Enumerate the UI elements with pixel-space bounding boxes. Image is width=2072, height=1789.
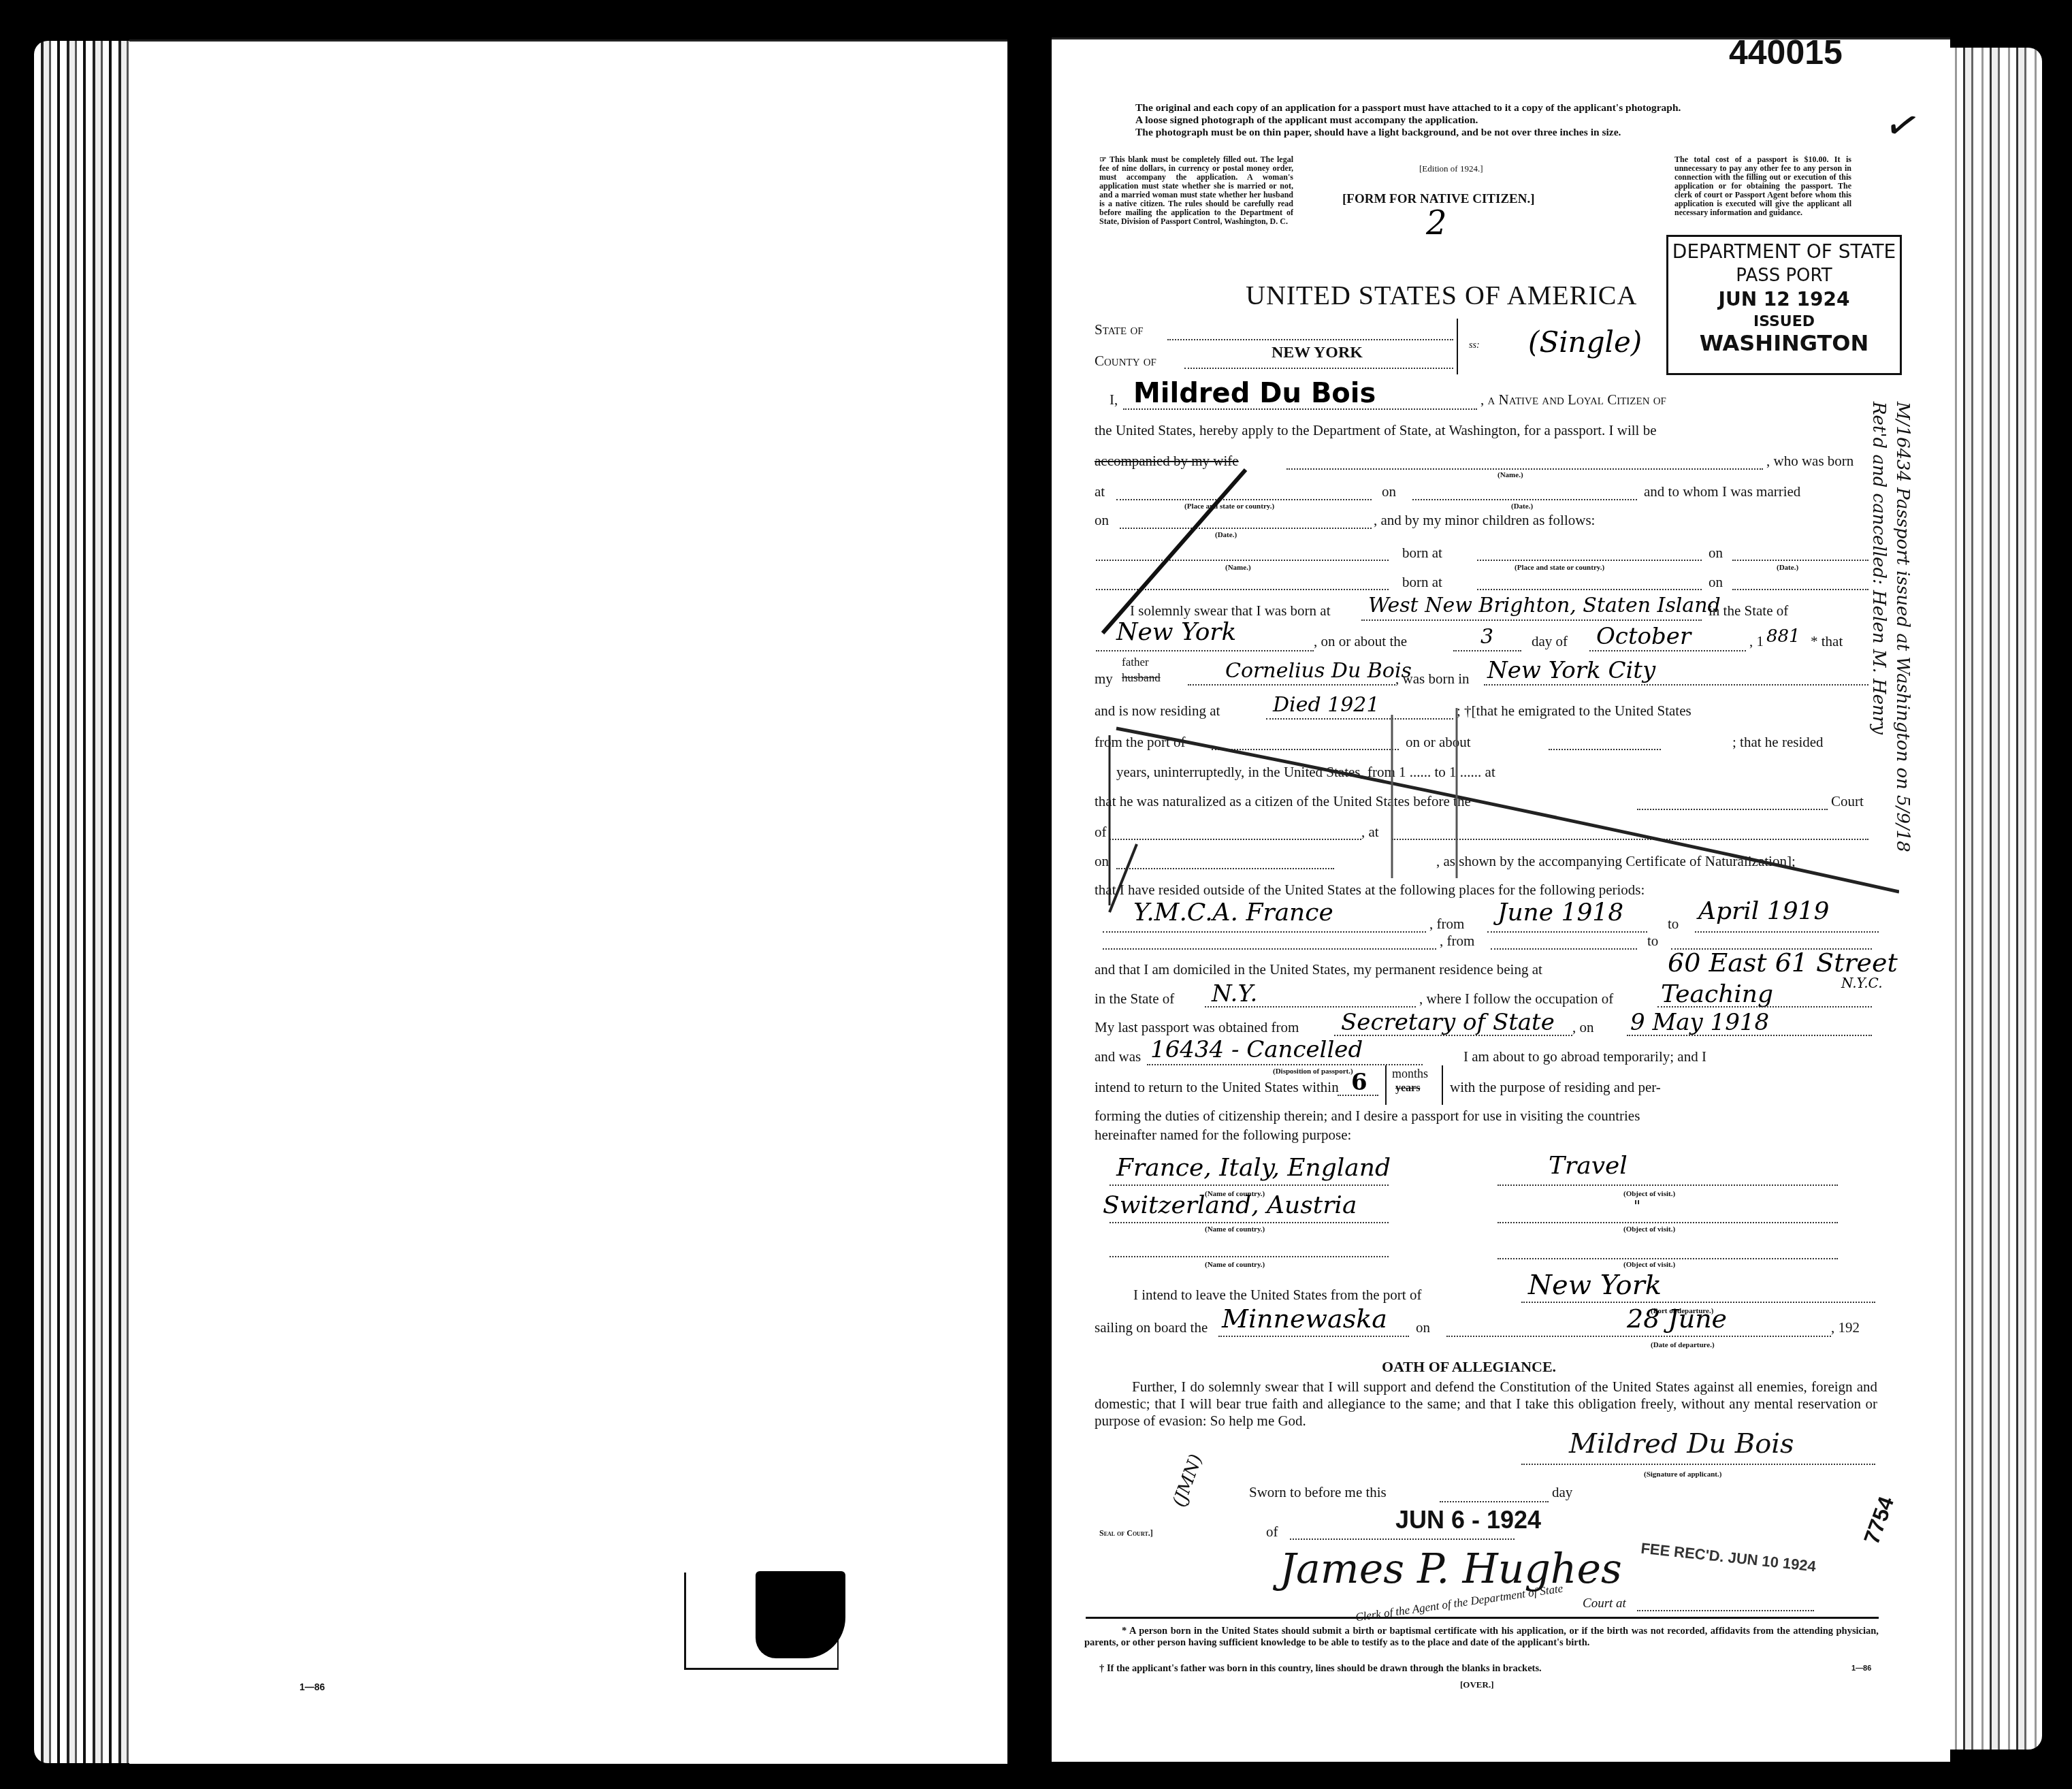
residence-abroad-from-field-2 [1491,948,1637,950]
sworn-day-field [1440,1501,1549,1502]
margin-note-cancelled: Ret'd and cancelled: Helen M. Henry [1868,402,1889,735]
purpose-line-2: forming the duties of citizenship therei… [1095,1108,1640,1125]
husband-struck-label: husband [1122,671,1161,685]
country-3-field [1110,1256,1389,1257]
applicant-name-field [1123,408,1477,410]
footnote-father-brackets: † If the applicant's father was born in … [1099,1663,1542,1675]
intend-return-label: intend to return to the United States wi… [1095,1079,1339,1096]
country-1-field [1110,1184,1389,1186]
residence-abroad-to: April 1919 [1698,897,1829,925]
label-object-1: (Object of visit.) [1623,1190,1675,1198]
father-label: father [1122,656,1149,669]
book-page-edges-right [1947,48,2042,1750]
residence-state: N.Y. [1212,980,1257,1008]
object-1-field [1498,1184,1838,1186]
birth-state-field [1096,650,1314,651]
bracket-right [1442,1065,1443,1105]
country-2: Switzerland, Austria [1103,1191,1357,1219]
instructions-right-column: The total cost of a passport is $10.00. … [1674,155,1851,217]
to-label: to [1668,916,1679,933]
label-object-2: (Object of visit.) [1623,1225,1675,1234]
label-child-place: (Place and state or country.) [1515,564,1604,572]
label-date: (Date.) [1511,502,1533,511]
applicant-name: Mildred Du Bois [1133,378,1376,409]
occupation: Teaching [1661,980,1773,1008]
swear-prefix: I solemnly swear that I was born at [1130,602,1331,619]
residence-abroad-from-field [1487,931,1647,933]
label-object-3: (Object of visit.) [1623,1261,1675,1269]
months-label: months [1392,1067,1428,1081]
child-1-on: on [1709,545,1723,562]
birth-state: New York [1116,618,1236,646]
residence-abroad-place: Y.M.C.A. France [1133,899,1333,926]
last-passport-from-field [1334,1035,1572,1036]
my-label: my [1095,671,1113,688]
instruction-line-3: The photograph must be on thin paper, sh… [1135,127,1621,139]
of-label-2: of [1266,1524,1278,1541]
birth-year: 881 [1766,626,1800,647]
child-1-date-field [1732,560,1868,561]
state-of-label: in the State of [1709,602,1788,619]
sailing-label: sailing on board the [1095,1319,1208,1336]
father-birthplace-field [1484,684,1868,686]
birth-place: West New Brighton, Staten Island [1368,594,1721,617]
birth-month-field [1589,650,1746,651]
stamp-date: JUN 12 1924 [1668,290,1900,309]
stamp-line-issued: ISSUED [1668,315,1900,329]
last-passport-from: Secretary of State [1341,1009,1555,1036]
departure-year: , 192 [1831,1319,1860,1336]
photo-residue [756,1571,845,1658]
instructions-left-column: ☞ This blank must be completely filled o… [1099,155,1293,226]
residence-abroad-place-field-2 [1103,948,1436,950]
stamp-line-washington: WASHINGTON [1668,332,1900,354]
birth-year-prefix: , 1 [1749,633,1764,650]
father-name-field [1188,684,1395,686]
object-3-field [1498,1258,1838,1259]
form-code-left: 1—86 [300,1681,325,1692]
stamp-line-passport: PASS PORT [1668,267,1900,285]
that-suffix: * that [1811,633,1843,650]
day-label: day [1552,1484,1572,1501]
father-name: Cornelius Du Bois [1225,659,1412,683]
book-page-edges-left [34,41,136,1763]
on-or-about: , on or about the [1314,633,1407,650]
instruction-line-2: A loose signed photograph of the applica… [1135,114,1478,127]
on-label-4: , on [1572,1019,1594,1036]
departure-date: 28 June [1627,1304,1727,1334]
birth-month: October [1596,623,1691,650]
seal-label: Seal of Court.] [1099,1528,1153,1538]
child-2-on: on [1709,574,1723,591]
label-country-2: (Name of country.) [1205,1225,1265,1234]
over-label: [OVER.] [1460,1679,1493,1690]
county-label: County of [1095,353,1156,370]
country-2-field [1110,1222,1389,1223]
document-title: UNITED STATES OF AMERICA [1246,279,1637,311]
stamp-line-department: DEPARTMENT OF STATE [1668,242,1900,261]
apply-line: the United States, hereby apply to the D… [1095,422,1656,439]
label-country-3: (Name of country.) [1205,1261,1265,1269]
last-passport-label: My last passport was obtained from [1095,1019,1299,1036]
footnote-birth-certificate: * A person born in the United States sho… [1084,1626,1879,1649]
object-2: " [1634,1198,1640,1215]
occupation-label: , where I follow the occupation of [1419,990,1613,1008]
label-child-date: (Date.) [1777,564,1798,572]
passport-disposition: 16434 - Cancelled [1150,1036,1363,1063]
wife-birthdate-field [1412,499,1637,500]
return-within-value: 6 [1351,1069,1367,1096]
to-label-2: to [1647,933,1658,950]
label-disposition: (Disposition of passport.) [1273,1067,1353,1076]
child-1-born-at: born at [1402,545,1442,562]
intro-prefix: I, [1110,391,1118,408]
abroad-temp-label: I am about to go abroad temporarily; and… [1463,1048,1706,1065]
day-of-label: day of [1532,633,1568,650]
wife-name-field [1286,468,1763,470]
child-2-date-field [1732,589,1868,590]
years-struck-label: years [1395,1082,1420,1095]
from-label-2: , from [1440,933,1474,950]
record-number: 440015 [1729,33,1843,72]
label-name: (Name.) [1498,471,1523,479]
label-date-departure: (Date of departure.) [1651,1341,1715,1349]
ss-label: ss: [1469,340,1480,351]
form-code-right: 1—86 [1851,1664,1871,1673]
who-was-born: , who was born [1766,453,1854,470]
ship-name-field [1218,1336,1409,1337]
edition-label: [Edition of 1924.] [1419,163,1483,174]
book-gutter [1007,20,1052,1777]
married-label: and to whom I was married [1644,483,1800,500]
departure-port: New York [1528,1270,1662,1301]
child-1-place-field [1477,560,1702,561]
county-value: NEW YORK [1272,344,1363,362]
father-birthplace: New York City [1487,657,1655,684]
object-1: Travel [1549,1152,1628,1180]
residence-abroad-from: June 1918 [1498,899,1623,926]
ship-name: Minnewaska [1222,1304,1387,1334]
leave-port-label: I intend to leave the United States from… [1133,1287,1421,1304]
applicant-signature: Mildred Du Bois [1569,1428,1794,1460]
last-passport-date: 9 May 1918 [1630,1009,1769,1036]
departure-on-label: on [1416,1319,1430,1336]
oath-text: Further, I do solemnly swear that I will… [1095,1379,1877,1430]
child-2-born-at: born at [1402,574,1442,591]
sworn-date-stamp: JUN 6 - 1924 [1395,1506,1541,1534]
country-1: France, Italy, England [1116,1154,1391,1182]
clerk-signature: James P. Hughes [1280,1545,1622,1593]
passport-issued-stamp: DEPARTMENT OF STATE PASS PORT JUN 12 192… [1666,235,1902,375]
residence-abroad-to-field [1695,931,1879,933]
sworn-month-field [1290,1538,1515,1540]
purpose-line-1: with the purpose of residing and per- [1450,1079,1661,1096]
last-passport-date-field [1627,1035,1872,1036]
birth-day: 3 [1480,625,1493,649]
residence-abroad-place-field [1103,931,1426,933]
domiciled-label: and that I am domiciled in the United St… [1095,961,1542,978]
bracket-left [1385,1065,1387,1105]
form-mark: 2 [1426,204,1447,242]
birth-place-field [1361,619,1702,621]
bracket [1457,319,1458,374]
residence-state-label: in the State of [1095,990,1174,1008]
residence-address: 60 East 61 Street [1668,948,1898,978]
label-signature: (Signature of applicant.) [1644,1470,1721,1479]
residence-city: N.Y.C. [1841,975,1883,991]
was-born-in: , was born in [1395,671,1470,688]
children-label: , and by my minor children as follows: [1374,512,1595,529]
footnote-rule [1086,1617,1879,1619]
intro-suffix: , a Native and Loyal Citizen of [1480,391,1666,408]
oath-title: OATH OF ALLEGIANCE. [1382,1358,1556,1376]
residence-state-field [1205,1006,1416,1008]
birth-day-field [1453,650,1521,651]
applicant-signature-field [1521,1464,1875,1465]
purpose-line-3: hereinafter named for the following purp… [1095,1127,1351,1144]
departure-port-field [1521,1302,1875,1303]
object-2-field [1498,1222,1838,1223]
on-label: on [1382,483,1396,500]
return-within-field [1338,1095,1378,1096]
court-at-field-2 [1637,1610,1814,1611]
court-at-label: Court at [1583,1596,1626,1611]
state-field [1167,339,1453,340]
from-label: , from [1429,916,1464,933]
left-page-blank [129,39,1007,1764]
passport-disposition-field [1147,1064,1423,1065]
and-was-label: and was [1095,1048,1141,1065]
instruction-line-1: The original and each copy of an applica… [1135,102,1681,114]
margin-note-passport-issued: M/16434 Passport issued at Washington on… [1892,402,1913,852]
sworn-label: Sworn to before me this [1249,1484,1387,1501]
resided-outside-label: that I have resided outside of the Unite… [1095,882,1645,899]
county-field [1184,368,1453,369]
departure-date-field [1446,1336,1831,1337]
child-2-place-field [1477,589,1702,590]
state-label: State of [1095,321,1144,338]
occupation-field [1657,1006,1872,1008]
marital-status-note: (Single) [1528,325,1642,359]
